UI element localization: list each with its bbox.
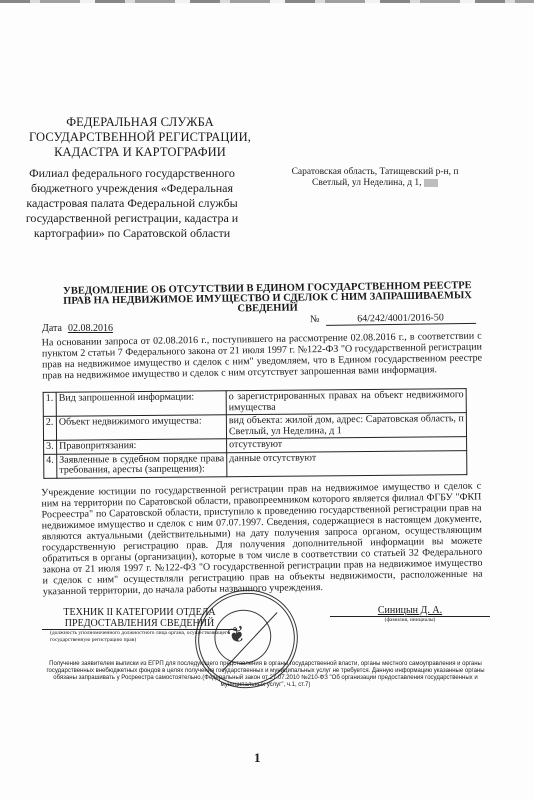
table-row: 4. Заявленные в судебном порядке права т… <box>44 450 467 478</box>
intro-paragraph: На основании запроса от 02.08.2016 г., п… <box>42 331 483 382</box>
body-paragraph: Учреждение юстиции по государственной ре… <box>41 481 483 598</box>
scan-edge <box>0 0 534 3</box>
table-row: 2. Объект недвижимого имущества: вид объ… <box>43 413 466 441</box>
agency-name: ФЕДЕРАЛЬНАЯ СЛУЖБА ГОСУДАРСТВЕННОЙ РЕГИС… <box>20 115 260 160</box>
page-number: 1 <box>254 750 261 766</box>
table-row: 1. Вид запрошенной информации: о зарегис… <box>43 389 466 417</box>
info-table: 1. Вид запрошенной информации: о зарегис… <box>43 388 468 478</box>
document-page: ФЕДЕРАЛЬНАЯ СЛУЖБА ГОСУДАРСТВЕННОЙ РЕГИС… <box>0 0 534 800</box>
footnote: Получение заявителем выписки из ЕГРП для… <box>38 661 493 689</box>
signer-name: Синицын Д. А. (фамилия, инициалы) <box>330 605 490 623</box>
recipient-address: Саратовская область, Татищевский р-н, п … <box>275 167 475 189</box>
redacted-block <box>424 179 438 187</box>
document-number: №64/242/4001/2016-50 <box>310 312 476 326</box>
branch-name: Филиал федерального государственного бюд… <box>18 166 246 241</box>
document-date: Дата02.08.2016 <box>42 323 113 334</box>
